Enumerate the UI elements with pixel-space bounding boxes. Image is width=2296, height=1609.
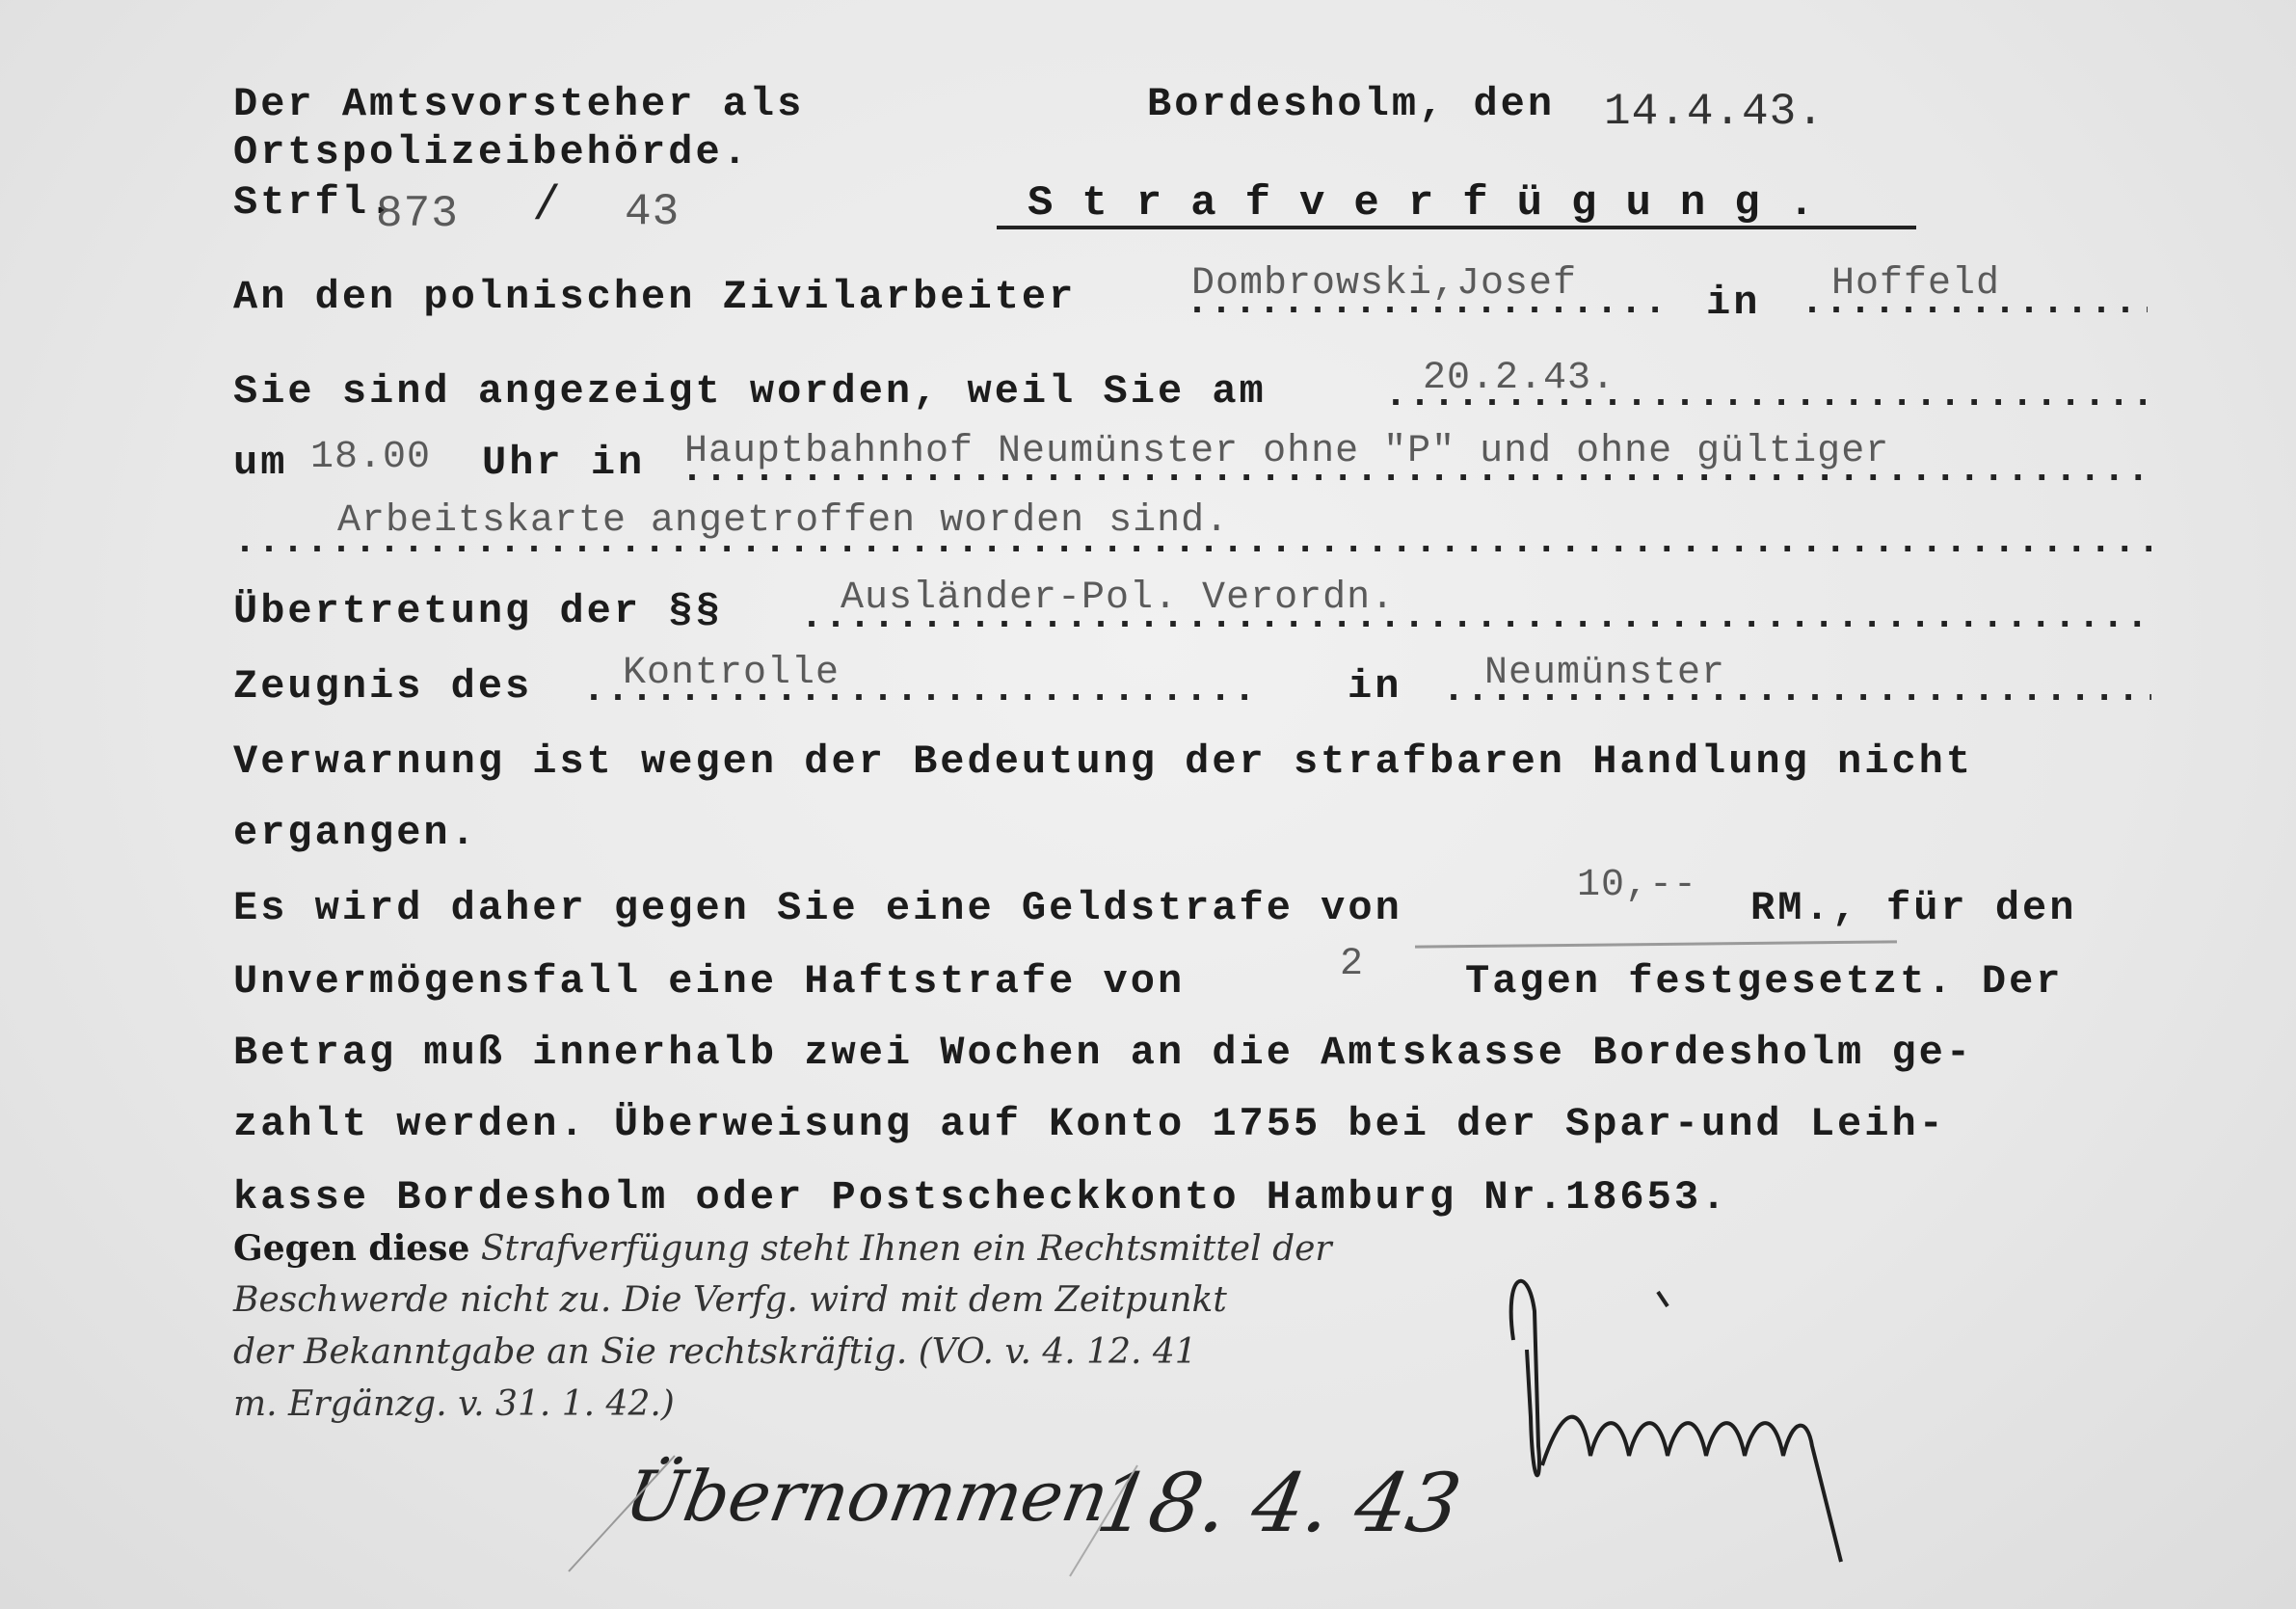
- detention-prefix: Unvermögensfall eine Haftstrafe von: [233, 958, 1185, 1005]
- witness-in-label: in: [1348, 663, 1402, 710]
- fill-dots: ........................................…: [681, 449, 2151, 493]
- fill-dots: ........................................…: [800, 596, 2151, 639]
- detention-suffix: Tagen festgesetzt. Der: [1465, 958, 2064, 1005]
- fill-dots: ........................................…: [233, 521, 2151, 564]
- legal-notice-rest: Strafverfügung steht Ihnen ein Rechtsmit…: [481, 1229, 1332, 1269]
- warning-line-1: Verwarnung ist wegen der Bedeutung der s…: [233, 738, 1973, 785]
- legal-notice-line-1: Gegen diese Strafverfügung steht Ihnen e…: [233, 1228, 1332, 1269]
- fine-suffix: RM., für den: [1750, 885, 2076, 931]
- uhr-in-label: Uhr in: [482, 440, 645, 486]
- authority-line-2: Ortspolizeibehörde.: [233, 129, 750, 175]
- file-prefix: Strfl.: [233, 179, 396, 226]
- fill-dots: ......................................: [1384, 374, 2151, 417]
- legal-notice-bold: Gegen diese: [233, 1228, 469, 1269]
- warning-line-2: ergangen.: [233, 810, 478, 856]
- payment-line-1: Betrag muß innerhalb zwei Wochen an die …: [233, 1030, 1973, 1076]
- detention-days: 2: [1340, 943, 1364, 986]
- addressee-prefix: An den polnischen Zivilarbeiter: [233, 274, 1076, 320]
- payment-line-3: kasse Bordesholm oder Postscheckkonto Ha…: [233, 1174, 1728, 1220]
- pencil-underline: [1415, 940, 1897, 948]
- fill-dots: .......................: [1186, 282, 1668, 325]
- signature: [1475, 1253, 1976, 1600]
- offense-time: 18.00: [310, 436, 431, 479]
- place-date-prefix: Bordesholm, den: [1147, 81, 1555, 127]
- authority-line-1: Der Amtsvorsteher als: [233, 81, 804, 127]
- title-underline: [997, 226, 1916, 229]
- payment-line-2: zahlt werden. Überweisung auf Konto 1755…: [233, 1101, 1946, 1147]
- document-title: Strafverfügung.: [1028, 179, 1843, 228]
- reported-prefix: Sie sind angezeigt worden, weil Sie am: [233, 368, 1267, 415]
- fill-dots: ....................................: [1442, 669, 2151, 712]
- file-year: 43: [625, 187, 680, 237]
- witness-prefix: Zeugnis des: [233, 663, 532, 710]
- legal-notice-line-3: der Bekanntgabe an Sie rechtskräftig. (V…: [233, 1332, 1197, 1372]
- in-label: in: [1706, 280, 1760, 326]
- legal-notice-line-2: Beschwerde nicht zu. Die Verfg. wird mit…: [233, 1280, 1227, 1320]
- fill-dots: ..................................: [582, 669, 1257, 712]
- pencil-stroke: [559, 1446, 1523, 1581]
- um-label: um: [233, 440, 287, 486]
- fine-amount: 10,--: [1577, 864, 1697, 907]
- legal-notice-line-4: m. Ergänzg. v. 31. 1. 42.): [233, 1384, 675, 1424]
- document-date: 14.4.43.: [1604, 87, 1825, 137]
- fill-dots: ...............: [1801, 282, 2148, 325]
- file-number: 873: [376, 189, 459, 239]
- violation-prefix: Übertretung der §§: [233, 588, 723, 634]
- fine-prefix: Es wird daher gegen Sie eine Geldstrafe …: [233, 885, 1402, 931]
- document-page: Der Amtsvorsteher als Ortspolizeibehörde…: [0, 0, 2296, 1609]
- file-slash: /: [532, 179, 562, 234]
